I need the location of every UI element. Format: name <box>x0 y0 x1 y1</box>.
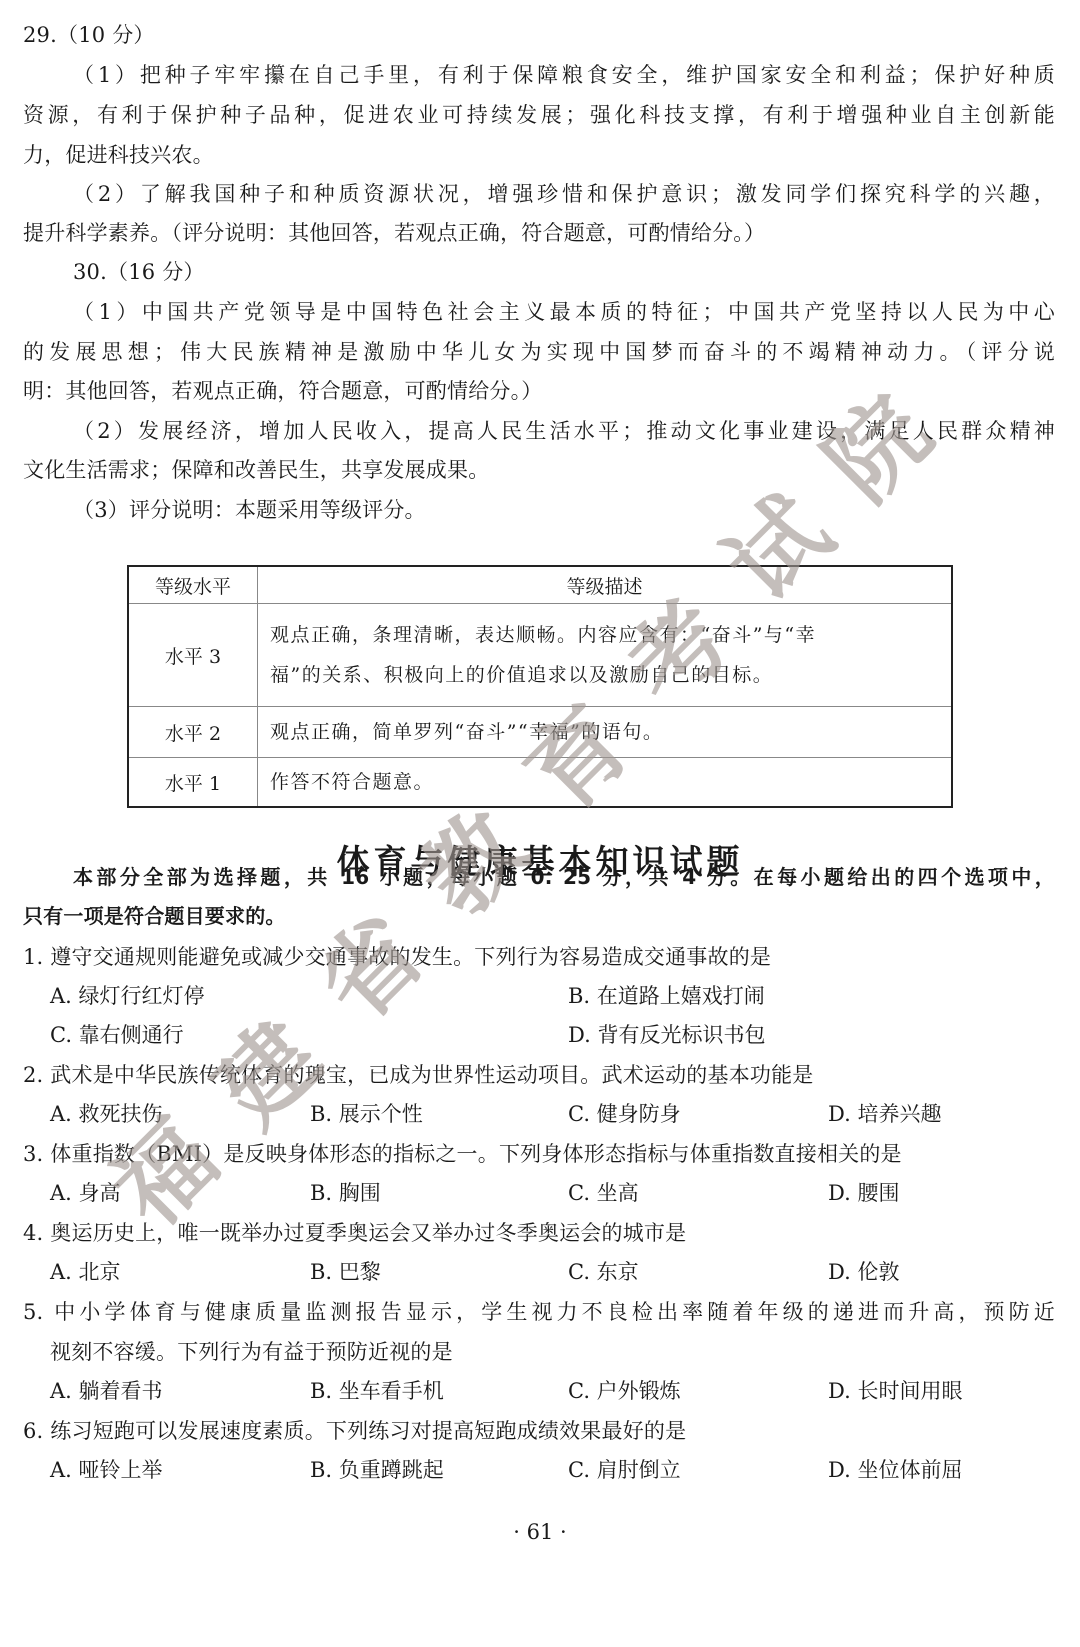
description-cell: 作答不符合题意。 <box>258 758 953 808</box>
q30-part1-line1: （1）中国共产党领导是中国特色社会主义最本质的特征；中国共产党坚持以人民为中心 <box>73 299 1055 325</box>
description-line: 观点正确，条理清晰，表达顺畅。内容应含有：“奋斗”与“幸 <box>270 615 939 655</box>
level-cell: 水平 3 <box>128 604 258 707</box>
question-3-option-d: D. 腰围 <box>828 1180 899 1206</box>
table-row: 水平 2 观点正确，简单罗列“奋斗”“幸福”的语句。 <box>128 707 952 758</box>
question-1-option-a: A. 绿灯行红灯停 <box>50 983 205 1009</box>
q29-part2-line1: （2）了解我国种子和种质资源状况，增强珍惜和保护意识；激发同学们探究科学的兴趣， <box>73 181 1055 207</box>
q29-part1-line2: 资源，有利于保护种子品种，促进农业可持续发展；强化科技支撑，有利于增强种业自主创… <box>23 102 1055 128</box>
question-3-option-a: A. 身高 <box>50 1180 121 1206</box>
question-2-option-a: A. 救死扶伤 <box>50 1101 163 1127</box>
question-5-option-a: A. 躺着看书 <box>50 1378 163 1404</box>
question-2-stem: 2. 武术是中华民族传统体育的瑰宝，已成为世界性运动项目。武术运动的基本功能是 <box>23 1062 1055 1088</box>
question-5-option-d: D. 长时间用眼 <box>828 1378 962 1404</box>
question-4-option-a: A. 北京 <box>50 1259 121 1285</box>
question-1-stem: 1. 遵守交通规则能避免或减少交通事故的发生。下列行为容易造成交通事故的是 <box>23 944 1055 970</box>
question-3-option-c: C. 坐高 <box>568 1180 639 1206</box>
level-cell: 水平 1 <box>128 758 258 808</box>
question-5-stem-line2: 视刻不容缓。下列行为有益于预防近视的是 <box>50 1339 1080 1365</box>
table-row: 水平 3 观点正确，条理清晰，表达顺畅。内容应含有：“奋斗”与“幸 福”的关系、… <box>128 604 952 707</box>
question-3-option-b: B. 胸围 <box>310 1180 381 1206</box>
description-cell: 观点正确，简单罗列“奋斗”“幸福”的语句。 <box>258 707 953 758</box>
question-4-option-b: B. 巴黎 <box>310 1259 381 1285</box>
question-2-option-b: B. 展示个性 <box>310 1101 423 1127</box>
q29-part2-line2: 提升科学素养。（评分说明：其他回答，若观点正确，符合题意，可酌情给分。） <box>23 220 1055 246</box>
table-header-level: 等级水平 <box>128 566 258 604</box>
description-line: 福”的关系、积极向上的价值追求以及激励自己的目标。 <box>270 655 939 695</box>
question-5-option-b: B. 坐车看手机 <box>310 1378 444 1404</box>
q29-header: 29.（10 分） <box>23 22 1055 48</box>
question-1-option-b: B. 在道路上嬉戏打闹 <box>568 983 765 1009</box>
q30-part3: （3）评分说明：本题采用等级评分。 <box>73 497 1055 523</box>
q30-header: 30.（16 分） <box>73 259 1055 285</box>
table-header-description: 等级描述 <box>258 566 953 604</box>
q30-part2-line1: （2）发展经济，增加人民收入，提高人民生活水平；推动文化事业建设，满足人民群众精… <box>73 418 1055 444</box>
question-6-stem: 6. 练习短跑可以发展速度素质。下列练习对提高短跑成绩效果最好的是 <box>23 1418 1055 1444</box>
question-5-option-c: C. 户外锻炼 <box>568 1378 681 1404</box>
question-6-option-c: C. 肩肘倒立 <box>568 1457 681 1483</box>
q29-part1-line3: 力，促进科技兴农。 <box>23 142 1055 168</box>
level-cell: 水平 2 <box>128 707 258 758</box>
q29-part1-line1: （1）把种子牢牢攥在自己手里，有利于保障粮食安全，维护国家安全和利益；保护好种质 <box>73 62 1055 88</box>
section-intro-line1: 本部分全部为选择题，共 16 小题，每小题 0. 25 分，共 4 分。在每小题… <box>73 864 1055 890</box>
question-4-option-c: C. 东京 <box>568 1259 639 1285</box>
grading-level-table: 等级水平 等级描述 水平 3 观点正确，条理清晰，表达顺畅。内容应含有：“奋斗”… <box>127 565 953 808</box>
exam-answer-page: 29.（10 分） （1）把种子牢牢攥在自己手里，有利于保障粮食安全，维护国家安… <box>0 0 1080 1647</box>
section-intro-line2: 只有一项是符合题目要求的。 <box>23 903 1055 929</box>
question-2-option-d: D. 培养兴趣 <box>828 1101 941 1127</box>
question-3-stem: 3. 体重指数（BMI）是反映身体形态的指标之一。下列身体形态指标与体重指数直接… <box>23 1141 1055 1167</box>
question-1-option-c: C. 靠右侧通行 <box>50 1022 184 1048</box>
question-2-option-c: C. 健身防身 <box>568 1101 681 1127</box>
question-4-option-d: D. 伦敦 <box>828 1259 899 1285</box>
q30-part1-line2: 的发展思想；伟大民族精神是激励中华儿女为实现中国梦而奋斗的不竭精神动力。（评分说 <box>23 339 1055 365</box>
table-row: 水平 1 作答不符合题意。 <box>128 758 952 808</box>
question-4-stem: 4. 奥运历史上，唯一既举办过夏季奥运会又举办过冬季奥运会的城市是 <box>23 1220 1055 1246</box>
question-6-option-b: B. 负重蹲跳起 <box>310 1457 444 1483</box>
question-6-option-d: D. 坐位体前屈 <box>828 1457 962 1483</box>
description-cell: 观点正确，条理清晰，表达顺畅。内容应含有：“奋斗”与“幸 福”的关系、积极向上的… <box>258 604 953 707</box>
q30-part2-line2: 文化生活需求；保障和改善民生，共享发展成果。 <box>23 457 1055 483</box>
question-1-option-d: D. 背有反光标识书包 <box>568 1022 765 1048</box>
question-5-stem-line1: 5. 中小学体育与健康质量监测报告显示，学生视力不良检出率随着年级的递进而升高，… <box>23 1299 1055 1325</box>
page-number: · 61 · <box>0 1520 1080 1544</box>
question-6-option-a: A. 哑铃上举 <box>50 1457 163 1483</box>
q30-part1-line3: 明：其他回答，若观点正确，符合题意，可酌情给分。） <box>23 378 1055 404</box>
table-header-row: 等级水平 等级描述 <box>128 566 952 604</box>
